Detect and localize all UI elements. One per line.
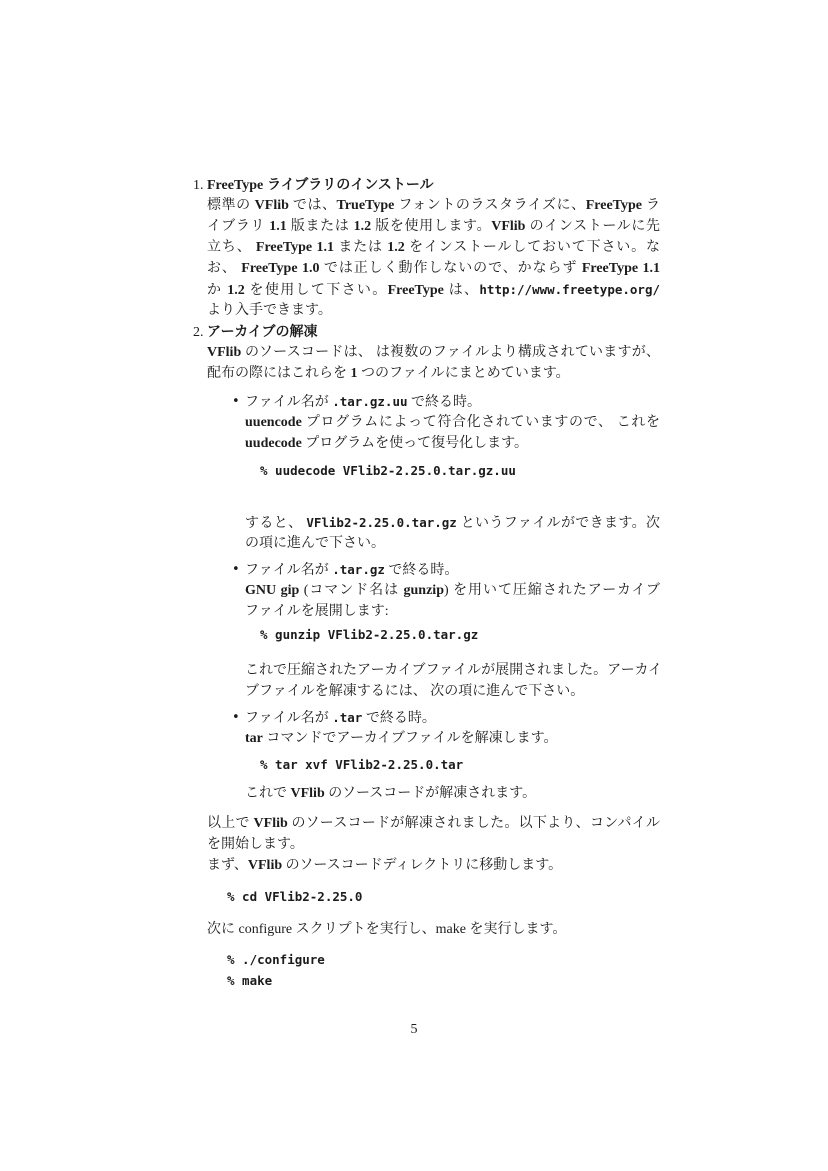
text-line: ブファイルを解凍するには、 次の項に進んで下さい。 xyxy=(245,681,660,702)
text-line: uuencode プログラムによって符合化されていますので、 これを xyxy=(245,412,660,433)
heading-text: ライブラリのインストール xyxy=(263,176,433,192)
text-run: これで xyxy=(245,786,291,801)
text-line: イブラリ 1.1 版または 1.2 版を使用します。VFlib のインストールに… xyxy=(207,216,660,237)
emphasis-text: 1.2 xyxy=(387,240,405,255)
text-run: 配布の際にはこれらを xyxy=(207,366,351,381)
code-line: % make xyxy=(227,970,660,991)
code-text: % make xyxy=(227,973,272,988)
text-line: ファイルを展開します: xyxy=(245,601,660,622)
emphasis-text: gunzip xyxy=(404,583,444,598)
code-line: % cd VFlib2-2.25.0 xyxy=(227,886,660,907)
heading-text: アーカイブの解凍 xyxy=(207,323,317,339)
bullet-icon: • xyxy=(232,391,240,412)
text-line: uudecode プログラムを使って復号化します。 xyxy=(245,433,660,454)
code-text: http://www.freetype.org/ xyxy=(479,282,660,297)
text-run: では、 xyxy=(289,198,337,213)
text-line: 以上で VFlib のソースコードが解凍されました。以下より、コンパイル xyxy=(207,813,660,834)
text-run: まず、 xyxy=(207,858,248,873)
text-run: 版または xyxy=(287,219,354,234)
emphasis-text: 1.2 xyxy=(354,219,372,234)
text-run: で終る時。 xyxy=(385,563,459,578)
bullet-item-line: •ファイル名が .tar で終る時。 xyxy=(245,707,660,728)
text-run: 標準の xyxy=(207,198,255,213)
emphasis-text: 1.1 xyxy=(269,219,287,234)
emphasis-text: VFlib xyxy=(248,858,282,873)
text-line: を開始します。 xyxy=(207,834,660,855)
emphasis-text: GNU gip xyxy=(245,583,299,598)
text-line: これで VFlib のソースコードが解凍されます。 xyxy=(245,783,660,804)
text-run: コマンドでアーカイブファイルを解凍します。 xyxy=(263,731,558,746)
emphasis-text: 1.2 xyxy=(227,283,245,298)
text-run: イブラリ xyxy=(207,219,269,234)
text-line: すると、 VFlib2-2.25.0.tar.gz というファイルができます。次 xyxy=(245,512,660,533)
text-line: 立ち、 FreeType 1.1 または 1.2 をインストールしておいて下さい… xyxy=(207,237,660,258)
text-run: つのファイルにまとめています。 xyxy=(358,366,570,381)
text-line: お、 FreeType 1.0 では正しく動作しないので、かならず FreeTy… xyxy=(207,258,660,279)
text-run: すると、 xyxy=(245,516,306,531)
list-item-heading: 2. アーカイブの解凍 xyxy=(190,321,660,342)
emphasis-text: VFlib xyxy=(255,198,289,213)
code-text: % gunzip VFlib2-2.25.0.tar.gz xyxy=(260,627,478,642)
text-run: のソースコードが解凍されます。 xyxy=(325,786,536,801)
text-run: フォントのラスタライズに、 xyxy=(394,198,585,213)
emphasis-text: tar xyxy=(245,731,263,746)
text-line: の項に進んで下さい。 xyxy=(245,533,660,554)
text-line: まず、VFlib のソースコードディレクトリに移動します。 xyxy=(207,855,660,876)
emphasis-text: uuencode xyxy=(245,415,302,430)
text-run: (コマンド名は xyxy=(299,583,403,598)
text-run: のソースコードが解凍されました。以下より、コンパイル xyxy=(288,816,660,831)
page-number: 5 xyxy=(411,1022,418,1037)
text-run: をインストールしておいて下さい。な xyxy=(405,240,660,255)
text-run: これで圧縮されたアーカイブファイルが展開されました。アーカイ xyxy=(245,663,662,678)
text-run: 2. xyxy=(193,325,207,340)
emphasis-text: VFlib xyxy=(491,219,525,234)
text-line: か 1.2 を使用して下さい。FreeType は、http://www.fre… xyxy=(207,279,660,300)
text-line: 標準の VFlib では、TrueType フォントのラスタライズに、FreeT… xyxy=(207,195,660,216)
code-text: .tar xyxy=(332,710,362,725)
text-line: より入手できます。 xyxy=(207,300,660,321)
text-run: ファイル名が xyxy=(245,563,332,578)
text-line: 次に configure スクリプトを実行し、make を実行します。 xyxy=(207,919,660,940)
code-text: % tar xvf VFlib2-2.25.0.tar xyxy=(260,757,463,772)
text-run: 以上で xyxy=(207,816,254,831)
bullet-item-line: •ファイル名が .tar.gz.uu で終る時。 xyxy=(245,391,660,412)
text-run: または xyxy=(334,240,387,255)
emphasis-text: uudecode xyxy=(245,436,302,451)
text-run: のソースコードは、 は複数のファイルより構成されていますが、 xyxy=(241,345,660,360)
emphasis-text: VFlib xyxy=(254,816,288,831)
text-run: ファイル名が xyxy=(245,395,332,410)
emphasis-text: 1 xyxy=(351,366,358,381)
bullet-icon: • xyxy=(232,559,240,580)
document-page: 1. FreeType ライブラリのインストール標準の VFlib では、Tru… xyxy=(0,0,828,1171)
text-run: を使用して下さい。 xyxy=(245,283,388,298)
text-line: tar コマンドでアーカイブファイルを解凍します。 xyxy=(245,728,660,749)
bullet-item-line: •ファイル名が .tar.gz で終る時。 xyxy=(245,559,660,580)
text-run: 次に configure スクリプトを実行し、make を実行します。 xyxy=(207,922,566,937)
list-item-heading: 1. FreeType ライブラリのインストール xyxy=(190,174,660,195)
emphasis-text: TrueType xyxy=(337,198,395,213)
text-run: 1. xyxy=(193,178,207,193)
text-run: では正しく動作しないので、かならず xyxy=(319,261,581,276)
emphasis-text: FreeType 1.1 xyxy=(256,240,334,255)
code-line: % gunzip VFlib2-2.25.0.tar.gz xyxy=(260,624,660,645)
code-line: % tar xvf VFlib2-2.25.0.tar xyxy=(260,754,660,775)
code-text: % uudecode VFlib2-2.25.0.tar.gz.uu xyxy=(260,463,516,478)
emphasis-text: FreeType xyxy=(388,283,444,298)
text-run: 版を使用します。 xyxy=(371,219,491,234)
text-line: VFlib のソースコードは、 は複数のファイルより構成されていますが、 xyxy=(207,342,660,363)
code-text: VFlib2-2.25.0.tar.gz xyxy=(306,515,457,530)
text-run: ファイルを展開します: xyxy=(245,604,389,619)
text-line: GNU gip (コマンド名は gunzip) を用いて圧縮されたアーカイブ xyxy=(245,580,660,601)
text-run: ファイル名が xyxy=(245,711,332,726)
code-line: % ./configure xyxy=(227,949,660,970)
text-line: これで圧縮されたアーカイブファイルが展開されました。アーカイ xyxy=(245,660,660,681)
text-run: ラ xyxy=(642,198,660,213)
code-text: .tar.gz xyxy=(332,562,385,577)
text-run: というファイルができます。次 xyxy=(457,516,660,531)
text-run: の項に進んで下さい。 xyxy=(245,536,385,551)
text-run: プログラムを使って復号化します。 xyxy=(302,436,528,451)
text-run: で終る時。 xyxy=(408,395,482,410)
text-run: お、 xyxy=(207,261,241,276)
emphasis-text: FreeType 1.0 xyxy=(241,261,319,276)
emphasis-text: FreeType xyxy=(207,178,263,193)
text-run: か xyxy=(207,283,227,298)
text-run: を開始します。 xyxy=(207,837,304,852)
document-lines: 1. FreeType ライブラリのインストール標準の VFlib では、Tru… xyxy=(190,174,660,991)
text-run: は、 xyxy=(444,283,480,298)
text-run: ) を用いて圧縮されたアーカイブ xyxy=(444,583,660,598)
text-run: ブファイルを解凍するには、 次の項に進んで下さい。 xyxy=(245,684,584,699)
text-run: より入手できます。 xyxy=(207,303,332,318)
page-footer: 5 xyxy=(0,1019,828,1040)
emphasis-text: VFlib xyxy=(207,345,241,360)
text-run: のインストールに先 xyxy=(525,219,660,234)
code-text: % cd VFlib2-2.25.0 xyxy=(227,889,362,904)
code-line: % uudecode VFlib2-2.25.0.tar.gz.uu xyxy=(260,460,660,481)
bullet-icon: • xyxy=(232,707,240,728)
text-line: 配布の際にはこれらを 1 つのファイルにまとめています。 xyxy=(207,363,660,384)
text-run: で終る時。 xyxy=(362,711,436,726)
emphasis-text: FreeType xyxy=(586,198,642,213)
emphasis-text: FreeType 1.1 xyxy=(582,261,660,276)
code-text: .tar.gz.uu xyxy=(332,394,407,409)
code-text: % ./configure xyxy=(227,952,325,967)
text-run: プログラムによって符合化されていますので、 これを xyxy=(302,415,660,430)
text-run: のソースコードディレクトリに移動します。 xyxy=(282,858,562,873)
text-run: 立ち、 xyxy=(207,240,256,255)
emphasis-text: VFlib xyxy=(291,786,325,801)
